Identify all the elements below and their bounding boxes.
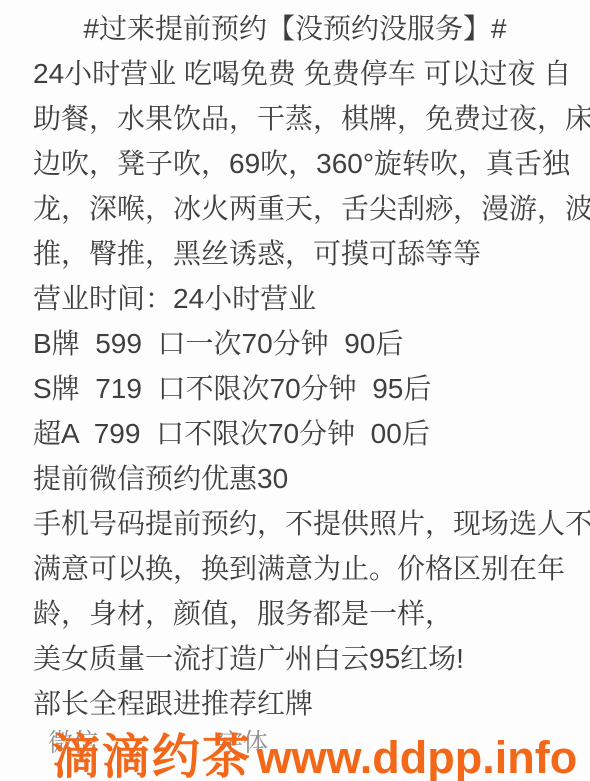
price-line-s: S牌 719 口不限次70分钟 95后 (0, 366, 590, 411)
site-watermark: 滴滴约茶 www.ddpp.info (52, 718, 577, 781)
body-line: 美女质量一流打造广州白云95红场! (0, 636, 590, 681)
body-line: 龙，深喉，冰火两重天，舌尖刮痧，漫游，波 (0, 186, 590, 231)
body-line: 24小时营业 吃喝免费 免费停车 可以过夜 自 (0, 51, 590, 96)
discount-line: 提前微信预约优惠30 (0, 456, 590, 501)
body-line: 手机号码提前预约，不提供照片，现场选人不 (0, 501, 590, 546)
body-line: 满意可以换，换到满意为止。价格区别在年 (0, 546, 590, 591)
price-line-a: 超A 799 口不限次70分钟 00后 (0, 411, 590, 456)
price-line-b: B牌 599 口一次70分钟 90后 (0, 321, 590, 366)
page-title: #过来提前预约【没预约没服务】# (0, 6, 590, 51)
body-line: 推，臀推，黑丝诱惑，可摸可舔等等 (0, 231, 590, 276)
post-body: #过来提前预约【没预约没服务】# 24小时营业 吃喝免费 免费停车 可以过夜 自… (0, 6, 590, 760)
watermark-brand: 滴滴约茶 (52, 731, 252, 781)
watermark-url: www.ddpp.info (256, 732, 577, 781)
body-line: 龄，身材，颜值，服务都是一样， (0, 591, 590, 636)
body-line: 助餐，水果饮品，干蒸，棋牌，免费过夜，床 (0, 96, 590, 141)
hours-line: 营业时间：24小时营业 (0, 276, 590, 321)
body-line: 边吹，凳子吹，69吹，360°旋转吹，真舌独 (0, 141, 590, 186)
